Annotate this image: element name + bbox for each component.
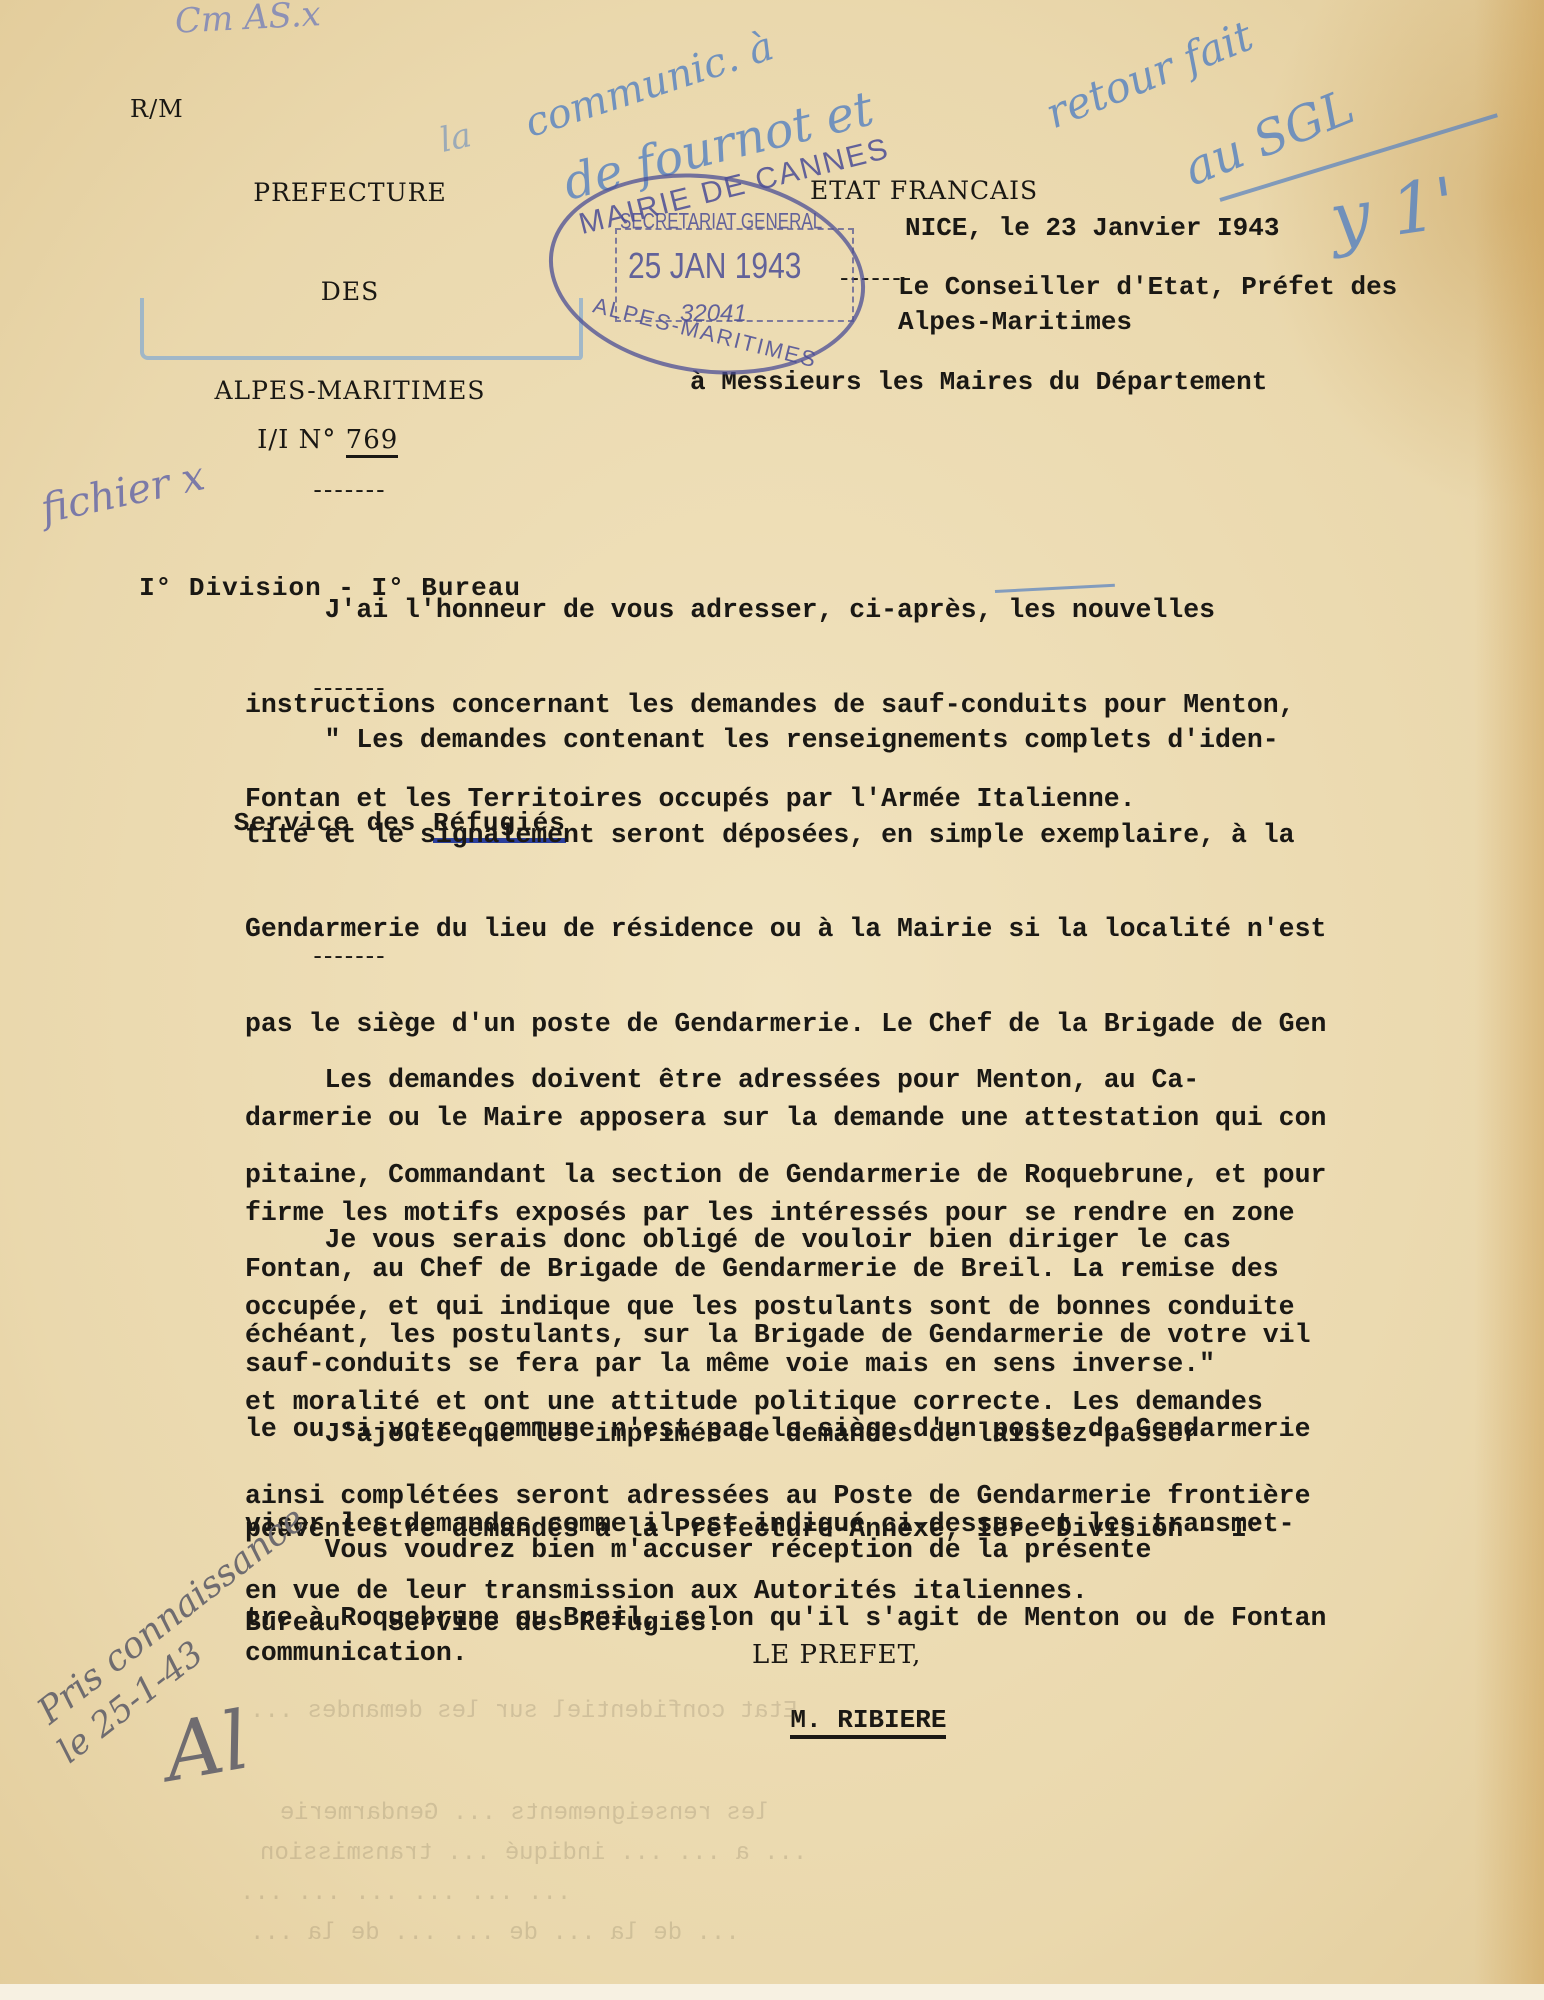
body-line: Vous voudrez bien m'accuser réception de…: [245, 1535, 1475, 1567]
stamp-date: 25 JAN 1943: [628, 247, 801, 288]
bleed-through-line: Etat confidentiel sur les demandes ...: [250, 1698, 797, 1725]
prefecture-line1: PREFECTURE: [130, 176, 570, 209]
body-line: Je vous serais donc obligé de vouloir bi…: [245, 1225, 1475, 1257]
sender-line-2: Alpes-Maritimes: [898, 307, 1132, 337]
blue-pencil-box: [140, 298, 583, 360]
blue-initials-right: y 1': [1325, 162, 1461, 261]
reference-value: 769: [346, 425, 399, 458]
pris-connaissance-initials: Al: [158, 1693, 256, 1799]
body-line: J'ai l'honneur de vous adresser, ci-aprè…: [245, 595, 1475, 627]
body-line: " Les demandes contenant les renseigneme…: [245, 725, 1475, 757]
place-date: NICE, le 23 Janvier I943: [905, 213, 1279, 243]
pencil-annotation-top-left: Cm AS.x: [174, 0, 322, 42]
signatory-name: M. RIBIERE: [790, 1705, 946, 1739]
recipient: à Messieurs les Maires du Département: [690, 367, 1267, 397]
body-line: J'ajoute que les imprimés de demandes de…: [245, 1419, 1475, 1451]
paper-stain: [1474, 0, 1544, 2000]
document-page: Cm AS.x communic. à la de fournot et ret…: [0, 0, 1544, 2000]
reference-number: I/I N° 769: [220, 395, 398, 485]
bleed-through-line: les renseignements ... Gendarmerie: [280, 1800, 770, 1827]
bleed-through-line: ... a ... ... indiqué ... transmission: [260, 1840, 807, 1867]
stamp-secretariat: SECRETARIAT GENERAL: [620, 209, 822, 235]
scan-edge: [0, 1984, 1544, 2000]
bleed-through-line: ... de la ... de ... ... de la ...: [250, 1920, 740, 1947]
state-title: ETAT FRANCAIS: [810, 176, 1038, 205]
body-line: échéant, les postulants, sur la Brigade …: [245, 1320, 1475, 1352]
sender-line-1: Le Conseiller d'Etat, Préfet des: [898, 272, 1397, 302]
body-line: Les demandes doivent être adressées pour…: [245, 1065, 1475, 1097]
signature-title: LE PREFET,: [752, 1640, 921, 1670]
body-line: Gendarmerie du lieu de résidence ou à la…: [245, 914, 1475, 946]
bleed-through-line: ... ... ... ... ... ...: [240, 1880, 571, 1907]
blue-note-line-4: retour fait: [1039, 11, 1260, 138]
reference-prefix: I/I N°: [257, 425, 346, 455]
body-line: tité et le signalement seront déposées, …: [245, 820, 1475, 852]
